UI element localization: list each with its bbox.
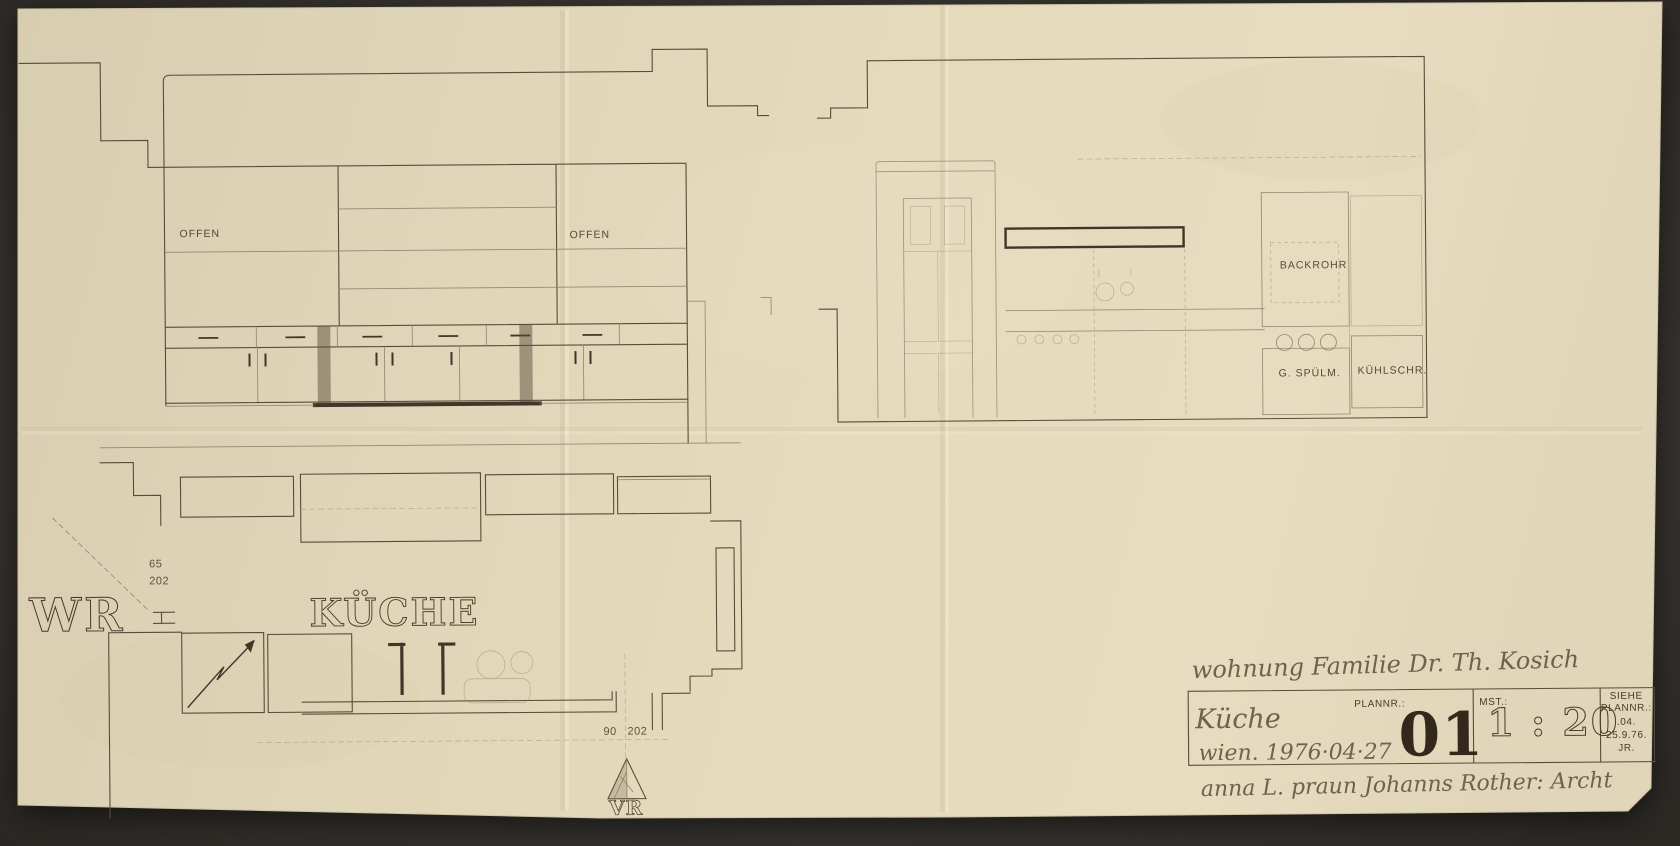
vr-label: VR (608, 796, 643, 820)
room-label-wr: WR (28, 588, 125, 643)
place-date-handwritten: wien. 1976·04·27 (1199, 740, 1392, 767)
fridge-label: KÜHLSCHR. (1358, 364, 1428, 377)
oven-label: BACKROHR (1280, 259, 1348, 272)
offen-label-right: OFFEN (569, 229, 610, 241)
dim-door-height: 202 (149, 575, 169, 587)
room-label-kueche: KÜCHE (309, 589, 479, 635)
siehe-line1: SIEHE (1610, 691, 1643, 702)
scanned-architectural-drawing: OFFEN OFFEN (0, 0, 1680, 846)
dim-pass-height: 202 (627, 726, 647, 738)
dishwasher-label: G. SPÜLM. (1279, 367, 1341, 379)
siehe-date: 25.9.76. (1606, 730, 1647, 741)
appliance-gap (317, 326, 331, 403)
dim-door-width: 65 (149, 558, 162, 570)
scale-value-stencil: 1 : 20 (1487, 699, 1619, 745)
plannr-value-stamp: 01 (1398, 700, 1484, 771)
siehe-line2: PLANNR.: (1601, 703, 1652, 714)
dim-pass-width: 90 (603, 726, 616, 738)
offen-label-left: OFFEN (179, 228, 220, 240)
subject-handwritten: Küche (1194, 704, 1281, 736)
siehe-initials: JR. (1618, 743, 1635, 754)
siehe-nr: .04. (1617, 717, 1636, 728)
appliance-gap (519, 324, 533, 401)
